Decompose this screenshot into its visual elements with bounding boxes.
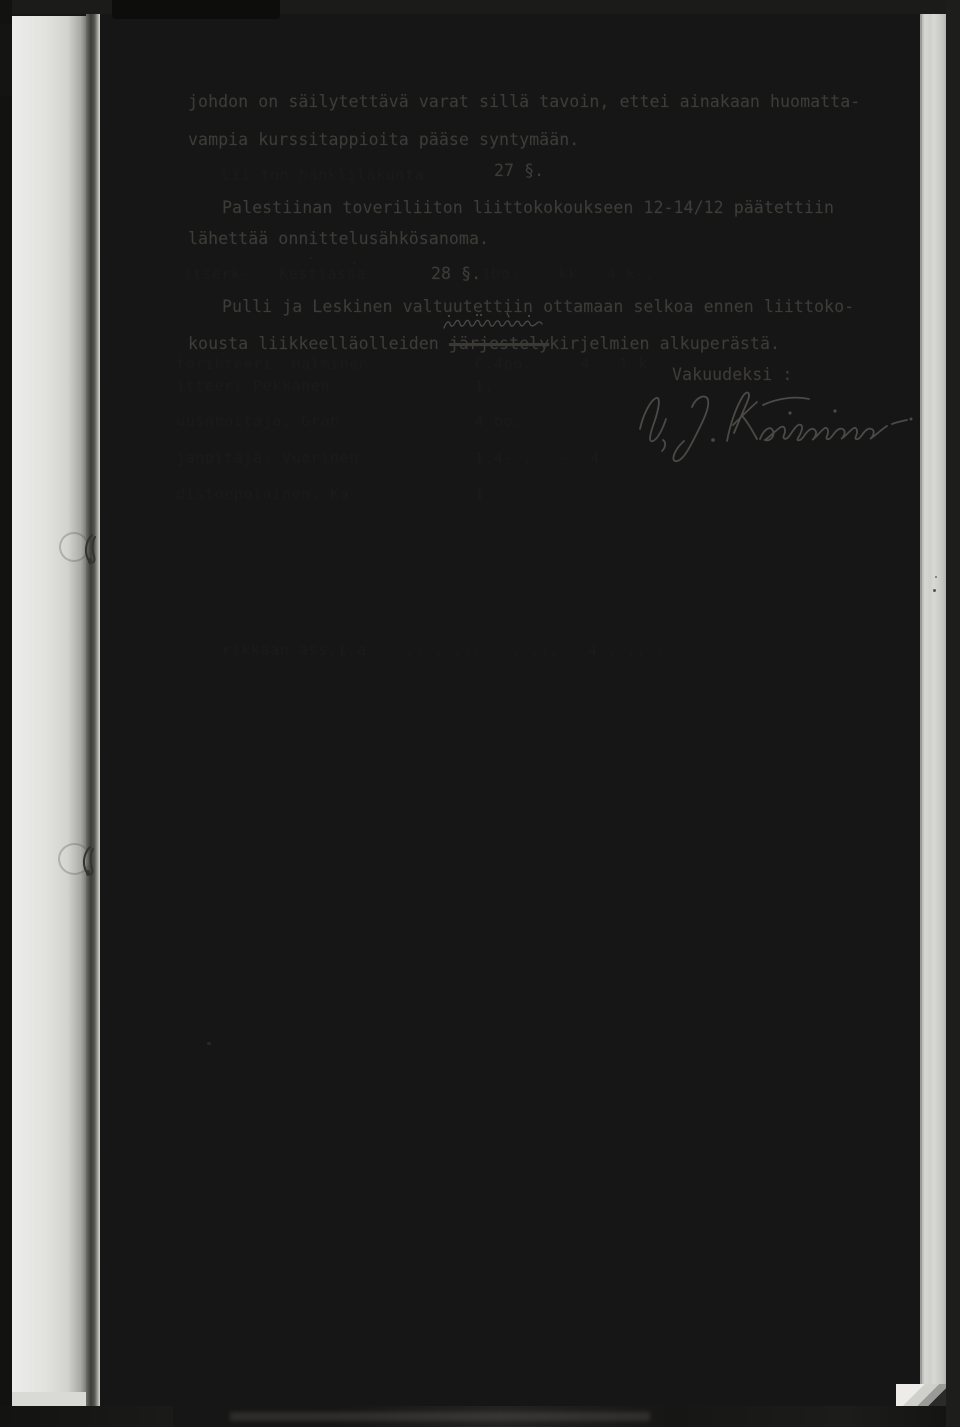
paper-speck [310,257,312,259]
signature-koskiainen [630,383,915,478]
ghost-text: torihteeri. Halminen C.4bo.- 4 1 k [176,355,648,373]
body-line: johdon on säilytettävä varat sillä tavoi… [188,92,860,111]
ghost-text: itteeri Pekkanen 1.- [176,377,503,395]
ghost-text: rikkaan ass.i.a ... ..... ...., 4 ...... [222,641,665,659]
struck-out-word: järjestely [449,334,549,353]
ghost-text: janpitäjä. Vuorinen 1,4--. - 4 [176,449,600,467]
body-text: kousta liikkeelläolleiden [188,334,449,353]
ghost-text: Lii ton hänkliläkunta [222,166,424,184]
body-text: kirjelmien alkuperästä. [549,334,780,353]
body-line: Palestiinan toveriliiton liittokokouksee… [222,198,834,217]
underlying-page-edge-right [922,14,946,1406]
page-stack-corner [896,1384,946,1406]
body-line: vampia kurssitappioita pääse syntymään. [188,130,579,149]
ghost-text: uusnhoitaja. Gran 4 bo.- [176,412,532,430]
underlying-page-edge-left-bottom [12,1392,86,1406]
paper-speck [933,589,936,592]
underlying-page-edge-left [12,16,86,1406]
section-heading-27: 27 §. [494,161,544,180]
document-page [100,15,922,1406]
scan-frame-bottom-texture [230,1412,650,1421]
paper-speck [935,576,937,578]
ghost-text: itserk- Kestiassa 3.1bo.- kk 4 k-. [183,265,655,283]
body-line-with-strikeout: kousta liikkeelläolleiden järjestelykirj… [188,334,780,353]
scan-frame-right [946,0,960,1427]
handwritten-insertion-nimettomien [441,311,545,335]
paper-speck [353,262,355,264]
attestation-label: Vakuudeksi : [672,365,792,384]
page-fold-gutter [86,14,100,1406]
paper-speck [207,1042,211,1045]
binder-hook-mark-bottom [80,845,96,881]
section-heading-28: 28 §. [431,264,481,283]
ghost-text: distoepolainen. Ka 1 [176,485,484,503]
binder-hook-mark-top [82,533,98,569]
scanned-document-page: Lii ton hänkliläkunta itserk- Kestiassa … [0,0,960,1427]
body-line: lähettää onnittelusähkösanoma. [188,229,489,248]
